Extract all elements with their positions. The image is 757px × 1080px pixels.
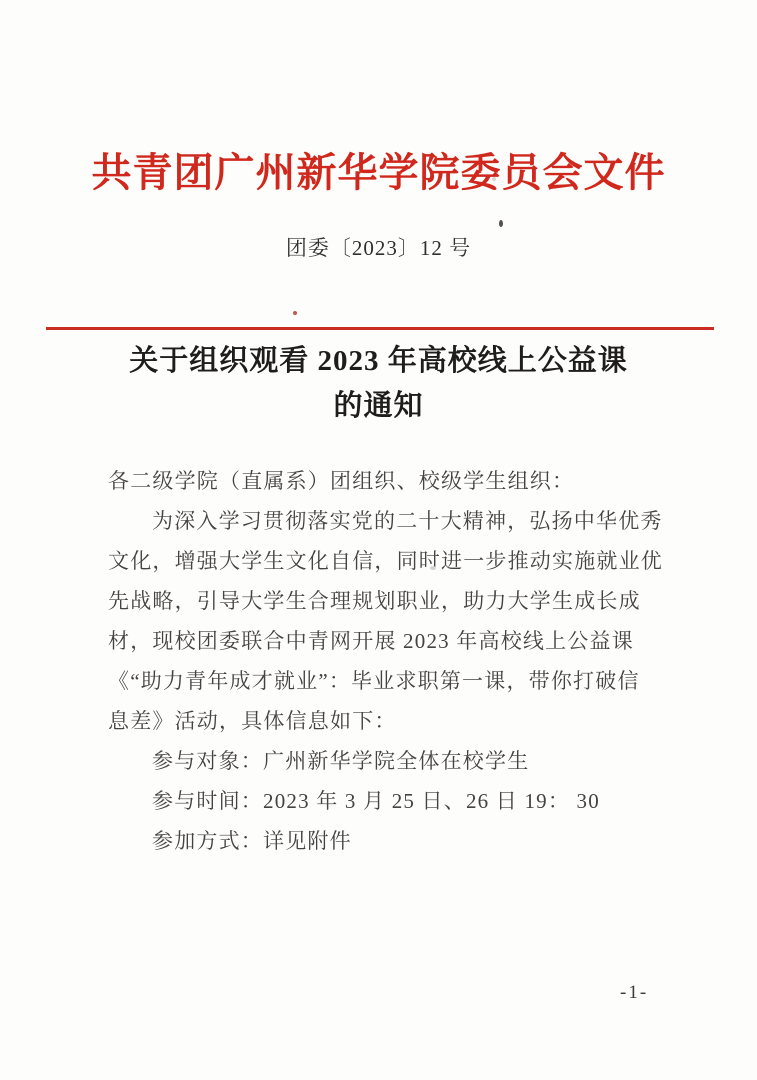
body-line: 息差》活动，具体信息如下： [108, 701, 683, 741]
document-body: 各二级学院（直属系）团组织、校级学生组织： 为深入学习贯彻落实党的二十大精神，弘… [108, 461, 683, 861]
scan-artifact [293, 311, 297, 315]
scan-artifact [499, 220, 503, 227]
body-line-method: 参加方式：详见附件 [108, 821, 683, 861]
body-line: 先战略，引导大学生合理规划职业，助力大学生成长成 [108, 581, 683, 621]
body-line: 文化，增强大学生文化自信，同时进一步推动实施就业优 [108, 541, 683, 581]
document-title-line1: 关于组织观看 2023 年高校线上公益课 [0, 339, 757, 384]
red-separator-line [46, 327, 714, 330]
body-line-salutation: 各二级学院（直属系）团组织、校级学生组织： [108, 461, 683, 501]
document-number: 团委〔2023〕12 号 [0, 232, 757, 262]
body-line: 材，现校团委联合中青网开展 2023 年高校线上公益课 [108, 621, 683, 661]
document-header-title: 共青团广州新华学院委员会文件 [0, 141, 757, 198]
scanned-document-page: 共青团广州新华学院委员会文件 团委〔2023〕12 号 关于组织观看 2023 … [0, 0, 757, 1080]
body-line: 《“助力青年成才就业”：毕业求职第一课，带你打破信 [108, 661, 683, 701]
body-line: 为深入学习贯彻落实党的二十大精神，弘扬中华优秀 [108, 501, 683, 541]
body-line-time: 参与时间：2023 年 3 月 25 日、26 日 19： 30 [108, 781, 683, 821]
document-title-line2: 的通知 [0, 384, 757, 429]
document-title: 关于组织观看 2023 年高校线上公益课 的通知 [0, 339, 757, 429]
page-number: -1- [620, 982, 648, 1004]
body-line-participants: 参与对象：广州新华学院全体在校学生 [108, 741, 683, 781]
